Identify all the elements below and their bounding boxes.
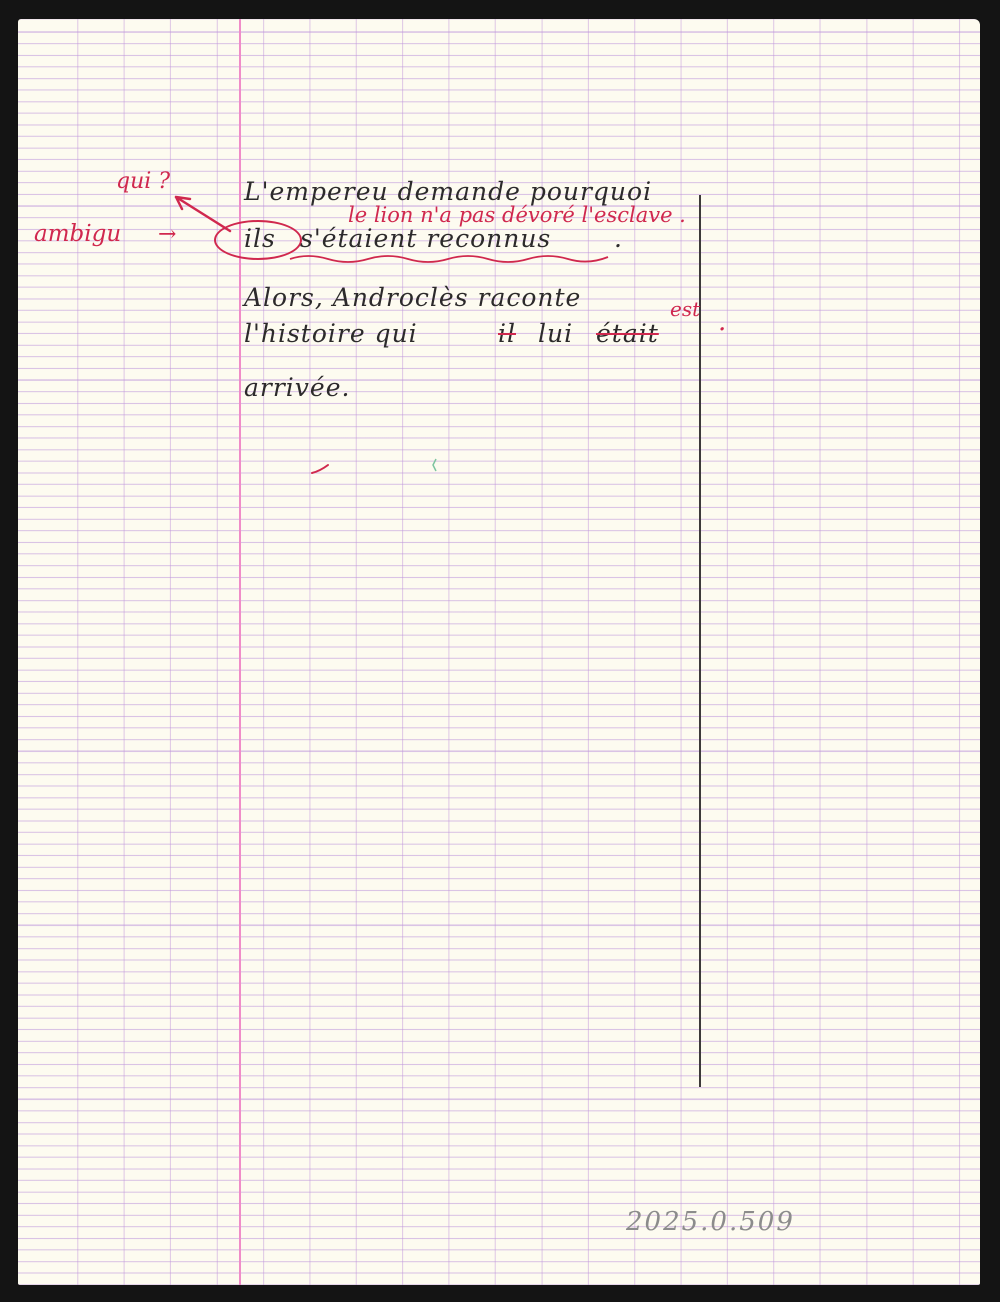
archive-number: 2025.0.509 <box>626 1209 795 1235</box>
ruled-paper-sheet: qui ? ambigu → L'empereu demande pourquo… <box>18 19 980 1285</box>
student-line-4b: lui <box>538 321 573 346</box>
inserted-est: est <box>670 299 700 319</box>
period: . <box>614 226 623 251</box>
correction-replacement-line: le lion n'a pas dévoré l'esclave . <box>348 205 686 226</box>
circled-word-ils: ils <box>244 226 276 251</box>
green-tick-mark-icon <box>428 455 442 475</box>
margin-question-qui: qui ? <box>116 171 170 193</box>
student-line-4a: l'histoire qui <box>244 321 418 346</box>
student-line-2: s'étaient reconnus <box>300 226 551 251</box>
student-line-1: L'empereu demande pourquoi <box>244 179 652 204</box>
struck-word-etait: était <box>596 321 659 346</box>
student-line-3: Alors, Androclès raconte <box>244 285 581 310</box>
hand-drawn-vertical-rule <box>699 195 701 1087</box>
struck-word-il: il <box>498 321 516 346</box>
margin-line <box>239 19 241 1285</box>
red-checkmark-icon <box>308 459 338 479</box>
wavy-underline <box>288 251 618 267</box>
margin-comment-ambigu: ambigu <box>34 223 121 246</box>
correction-dot: . <box>718 309 726 335</box>
student-line-5: arrivée. <box>244 375 350 400</box>
